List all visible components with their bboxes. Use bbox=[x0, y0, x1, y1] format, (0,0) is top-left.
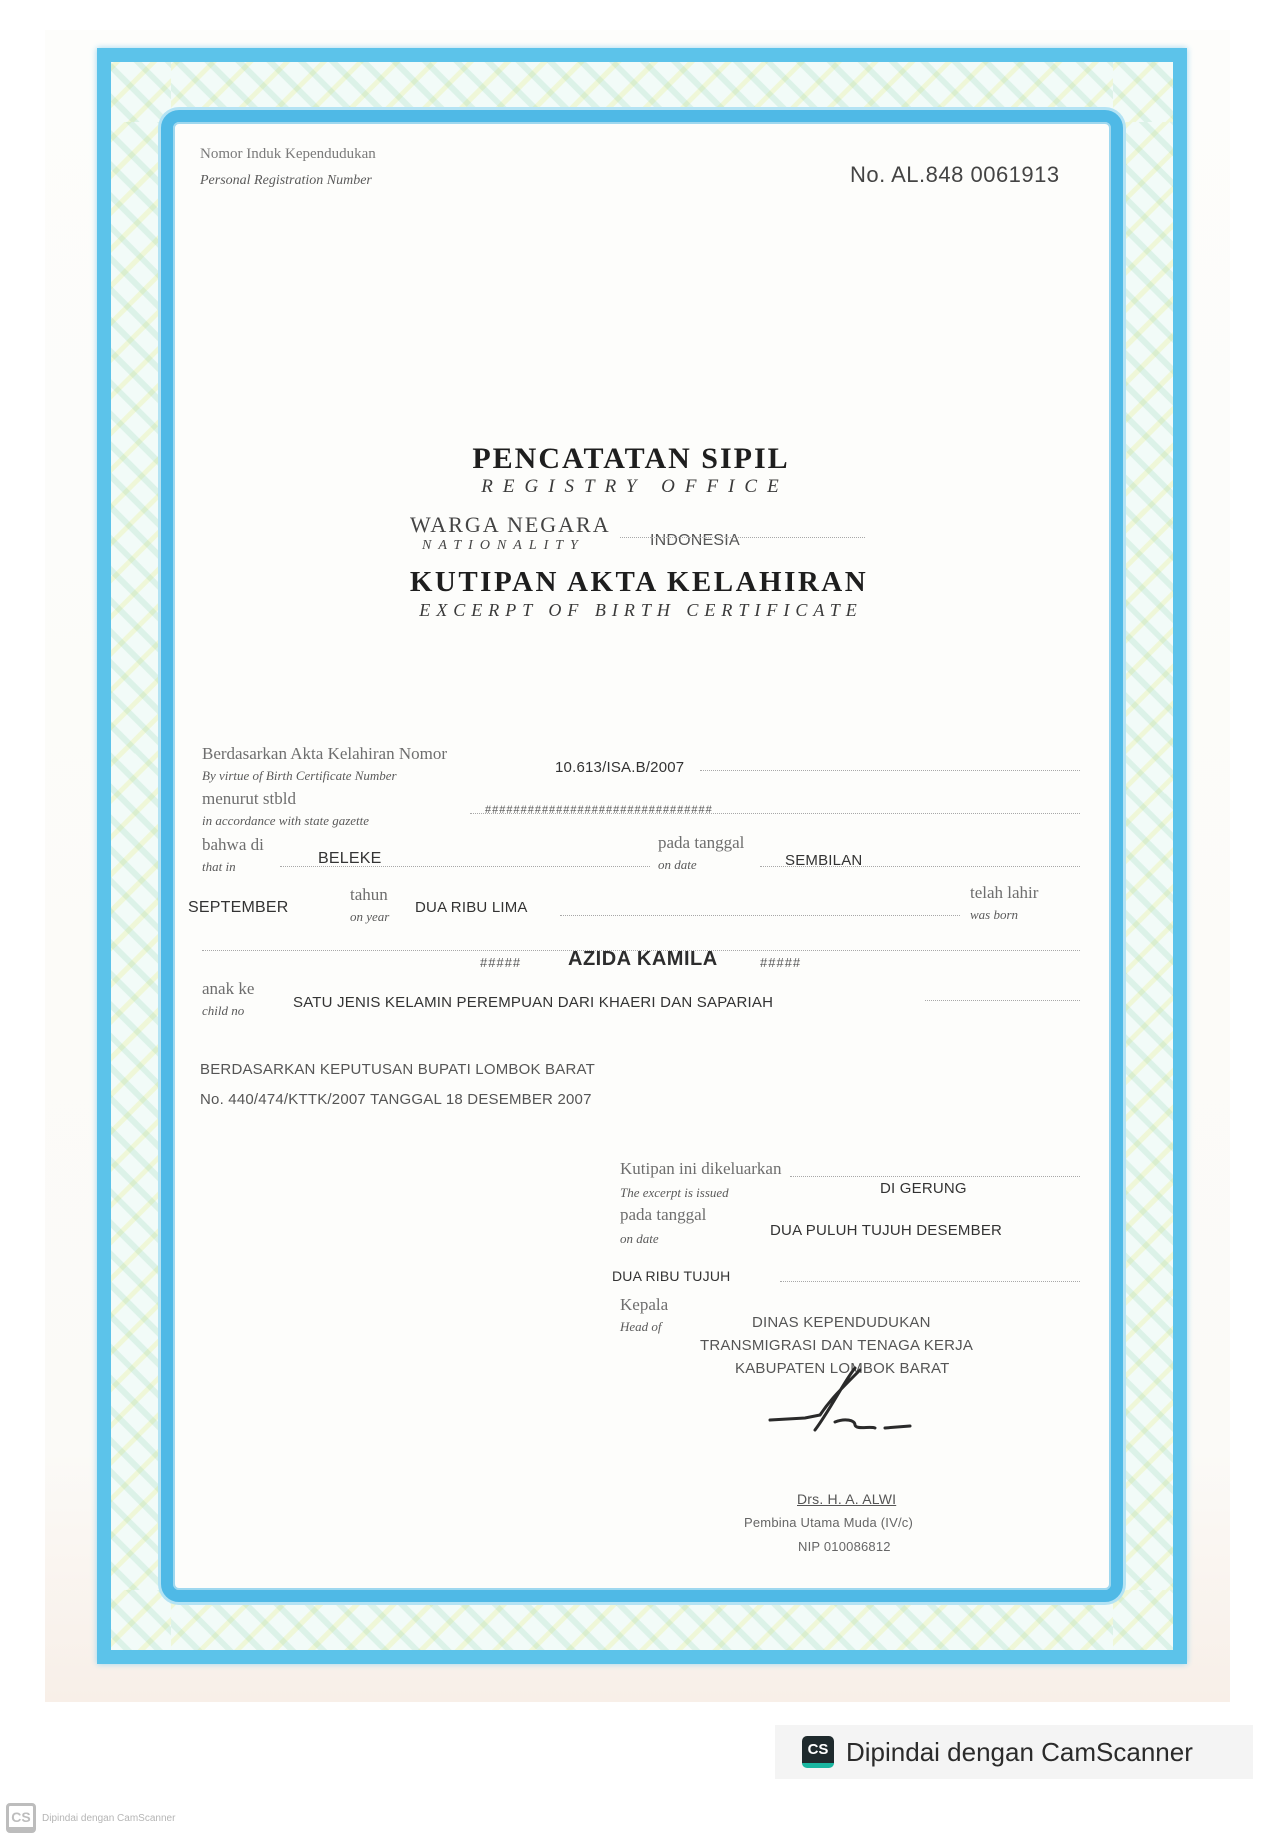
nationality-value: INDONESIA bbox=[650, 532, 740, 550]
birth-cert-label: Berdasarkan Akta Kelahiran Nomor bbox=[202, 745, 447, 762]
stbld-label-en: in accordance with state gazette bbox=[202, 814, 369, 828]
born-label-en: was born bbox=[970, 908, 1018, 922]
birth-cert-value: 10.613/ISA.B/2007 bbox=[555, 759, 684, 776]
child-label: anak ke bbox=[202, 980, 254, 997]
stbld-value: ################################ bbox=[485, 804, 713, 816]
issued-date-label: pada tanggal bbox=[620, 1206, 706, 1223]
issued-date-value: DUA PULUH TUJUH DESEMBER bbox=[770, 1222, 1002, 1239]
dotted-line bbox=[780, 1281, 1080, 1282]
head-label: Kepala bbox=[620, 1296, 668, 1313]
dotted-line bbox=[470, 813, 1080, 814]
born-label: telah lahir bbox=[970, 884, 1038, 901]
issued-place: DI GERUNG bbox=[880, 1180, 967, 1197]
birth-cert-label-en: By virtue of Birth Certificate Number bbox=[202, 769, 397, 783]
registry-title: PENCATATAN SIPIL bbox=[0, 442, 1266, 476]
issued-year-value: DUA RIBU TUJUH bbox=[612, 1268, 730, 1284]
camscanner-footer-logo-icon: CS bbox=[6, 1803, 36, 1833]
official-rank: Pembina Utama Muda (IV/c) bbox=[744, 1515, 913, 1530]
nationality-label-en: NATIONALITY bbox=[422, 538, 585, 554]
dotted-line bbox=[790, 1176, 1080, 1177]
month-value: SEPTEMBER bbox=[188, 899, 289, 917]
certificate-title: KUTIPAN AKTA KELAHIRAN bbox=[4, 566, 1270, 599]
camscanner-footer-text: Dipindai dengan CamScanner bbox=[42, 1813, 175, 1824]
registration-number-label-en: Personal Registration Number bbox=[200, 174, 372, 188]
issued-date-label-en: on date bbox=[620, 1232, 659, 1246]
child-name: AZIDA KAMILA bbox=[568, 948, 718, 971]
certificate-title-en: EXCERPT OF BIRTH CERTIFICATE bbox=[6, 600, 1270, 621]
name-stars-left: ##### bbox=[480, 955, 521, 970]
decree-line-2: No. 440/474/KTTK/2007 TANGGAL 18 DESEMBE… bbox=[200, 1091, 592, 1108]
registration-number-label: Nomor Induk Kependudukan bbox=[200, 146, 376, 163]
place-label: bahwa di bbox=[202, 836, 264, 853]
certificate-content: Nomor Induk Kependudukan Personal Regist… bbox=[0, 0, 1270, 1840]
dotted-line bbox=[560, 915, 960, 916]
registry-title-en: REGISTRY OFFICE bbox=[0, 476, 1270, 498]
office-line-2: TRANSMIGRASI DAN TENAGA KERJA bbox=[700, 1337, 973, 1354]
child-label-en: child no bbox=[202, 1004, 244, 1018]
office-line-1: DINAS KEPENDUDUKAN bbox=[752, 1314, 931, 1331]
year-value: DUA RIBU LIMA bbox=[415, 899, 528, 916]
camscanner-banner: CS Dipindai dengan CamScanner bbox=[775, 1725, 1253, 1779]
decree-line-1: BERDASARKAN KEPUTUSAN BUPATI LOMBOK BARA… bbox=[200, 1061, 595, 1078]
child-value: SATU JENIS KELAMIN PEREMPUAN DARI KHAERI… bbox=[293, 994, 773, 1011]
head-label-en: Head of bbox=[620, 1320, 662, 1334]
camscanner-logo-icon: CS bbox=[802, 1736, 834, 1768]
dotted-line bbox=[925, 1000, 1080, 1001]
official-name: Drs. H. A. ALWI bbox=[797, 1491, 896, 1507]
camscanner-footer: CS Dipindai dengan CamScanner bbox=[6, 1803, 175, 1833]
signature-icon bbox=[760, 1360, 960, 1470]
dotted-line bbox=[280, 866, 650, 867]
certificate-number: No. AL.848 0061913 bbox=[850, 162, 1060, 188]
issued-label-en: The excerpt is issued bbox=[620, 1186, 729, 1200]
year-label: tahun bbox=[350, 886, 388, 903]
date-label-en: on date bbox=[658, 858, 697, 872]
dotted-line bbox=[760, 866, 1080, 867]
official-nip: NIP 010086812 bbox=[798, 1539, 891, 1554]
nationality-label: WARGA NEGARA bbox=[410, 512, 611, 538]
year-label-en: on year bbox=[350, 910, 389, 924]
issued-label: Kutipan ini dikeluarkan bbox=[620, 1160, 781, 1177]
camscanner-banner-text: Dipindai dengan CamScanner bbox=[846, 1737, 1193, 1768]
place-label-en: that in bbox=[202, 860, 236, 874]
date-label: pada tanggal bbox=[658, 834, 744, 851]
nationality-dotted-line bbox=[620, 537, 865, 538]
stbld-label: menurut stbld bbox=[202, 790, 296, 807]
dotted-line bbox=[700, 770, 1080, 771]
name-stars-right: ##### bbox=[760, 955, 801, 970]
